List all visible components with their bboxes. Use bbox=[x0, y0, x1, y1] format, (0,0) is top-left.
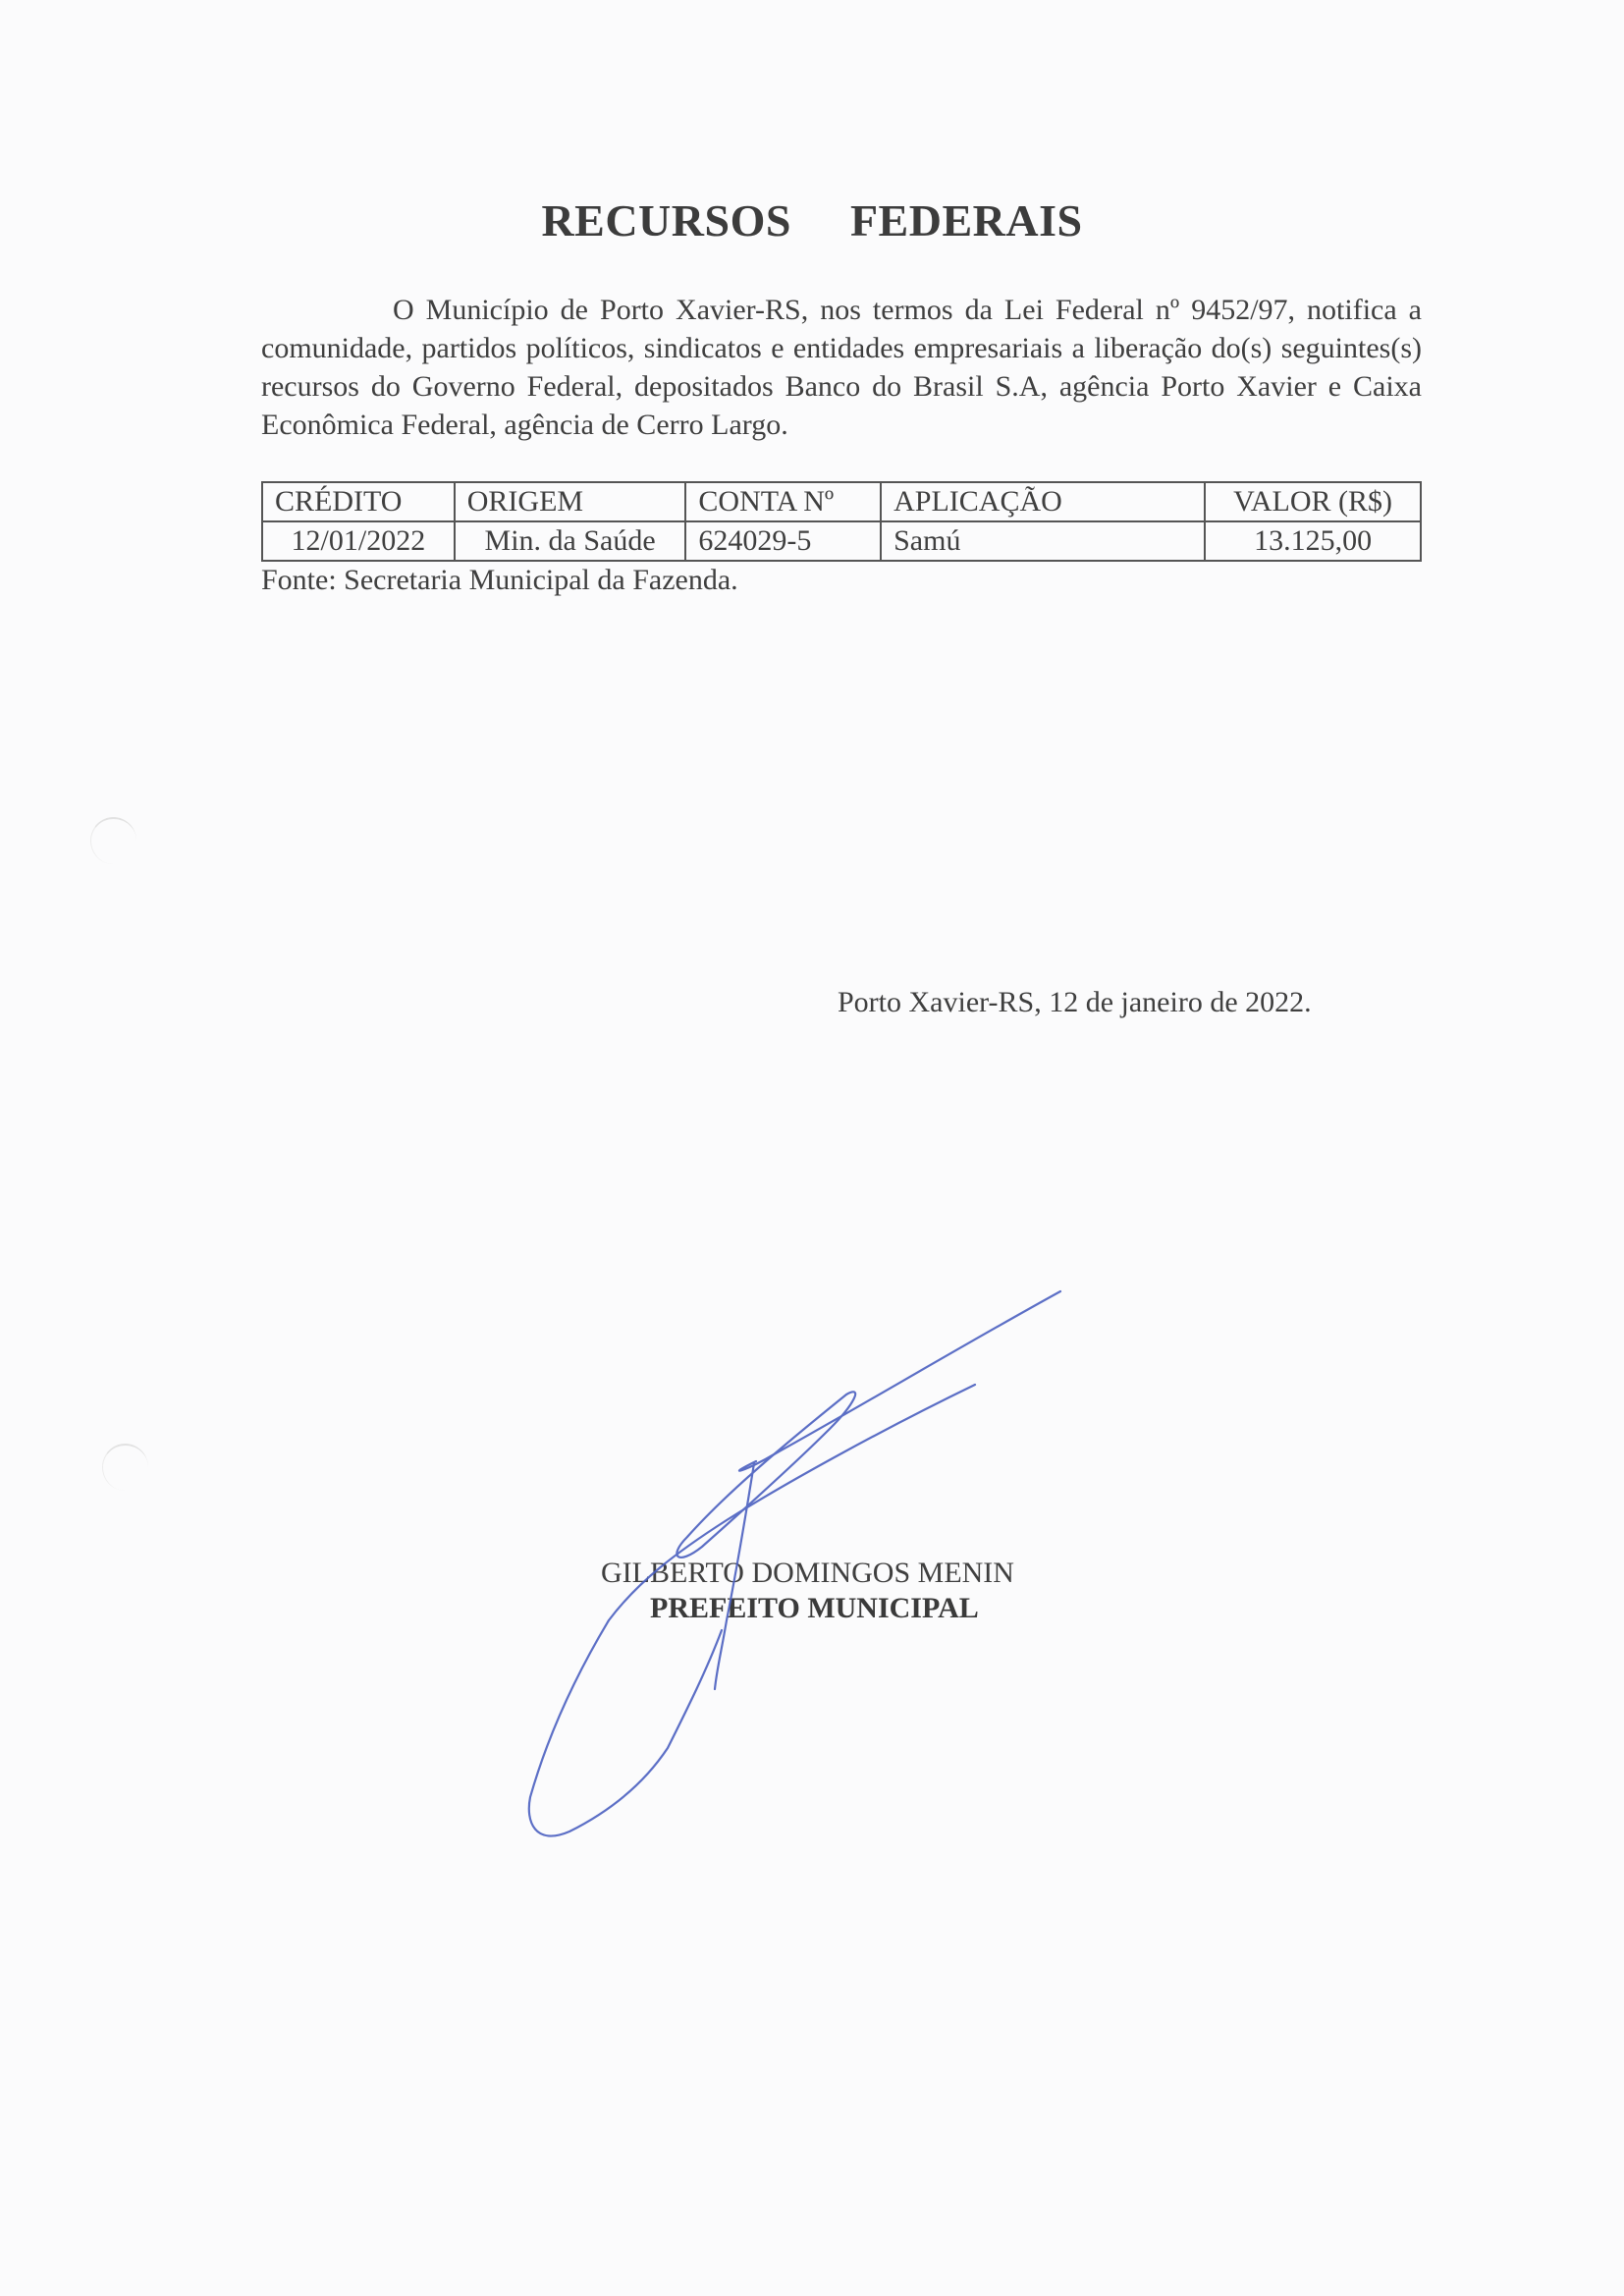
resources-table: CRÉDITO ORIGEM CONTA Nº APLICAÇÃO VALOR … bbox=[261, 481, 1422, 562]
source-note: Fonte: Secretaria Municipal da Fazenda. bbox=[261, 564, 738, 597]
cell-conta: 624029-5 bbox=[685, 521, 881, 561]
table-row: 12/01/2022 Min. da Saúde 624029-5 Samú 1… bbox=[262, 521, 1421, 561]
punch-hole-mark bbox=[102, 1444, 148, 1491]
header-credito: CRÉDITO bbox=[262, 482, 455, 521]
title-word-1: RECURSOS bbox=[541, 194, 791, 246]
punch-hole-mark bbox=[90, 817, 136, 864]
cell-origem: Min. da Saúde bbox=[455, 521, 686, 561]
place-date: Porto Xavier-RS, 12 de janeiro de 2022. bbox=[838, 986, 1312, 1019]
cell-valor: 13.125,00 bbox=[1205, 521, 1421, 561]
cell-credito: 12/01/2022 bbox=[262, 521, 455, 561]
page-title: RECURSOSFEDERAIS bbox=[0, 194, 1624, 246]
header-conta: CONTA Nº bbox=[685, 482, 881, 521]
title-word-2: FEDERAIS bbox=[850, 194, 1083, 246]
header-aplicacao: APLICAÇÃO bbox=[881, 482, 1205, 521]
signer-name: GILBERTO DOMINGOS MENIN bbox=[601, 1557, 1014, 1590]
header-valor: VALOR (R$) bbox=[1205, 482, 1421, 521]
cell-aplicacao: Samú bbox=[881, 521, 1205, 561]
notice-paragraph: O Município de Porto Xavier-RS, nos term… bbox=[261, 291, 1422, 444]
notice-text: O Município de Porto Xavier-RS, nos term… bbox=[261, 294, 1422, 441]
header-origem: ORIGEM bbox=[455, 482, 686, 521]
signer-role: PREFEITO MUNICIPAL bbox=[650, 1592, 979, 1625]
table-header-row: CRÉDITO ORIGEM CONTA Nº APLICAÇÃO VALOR … bbox=[262, 482, 1421, 521]
